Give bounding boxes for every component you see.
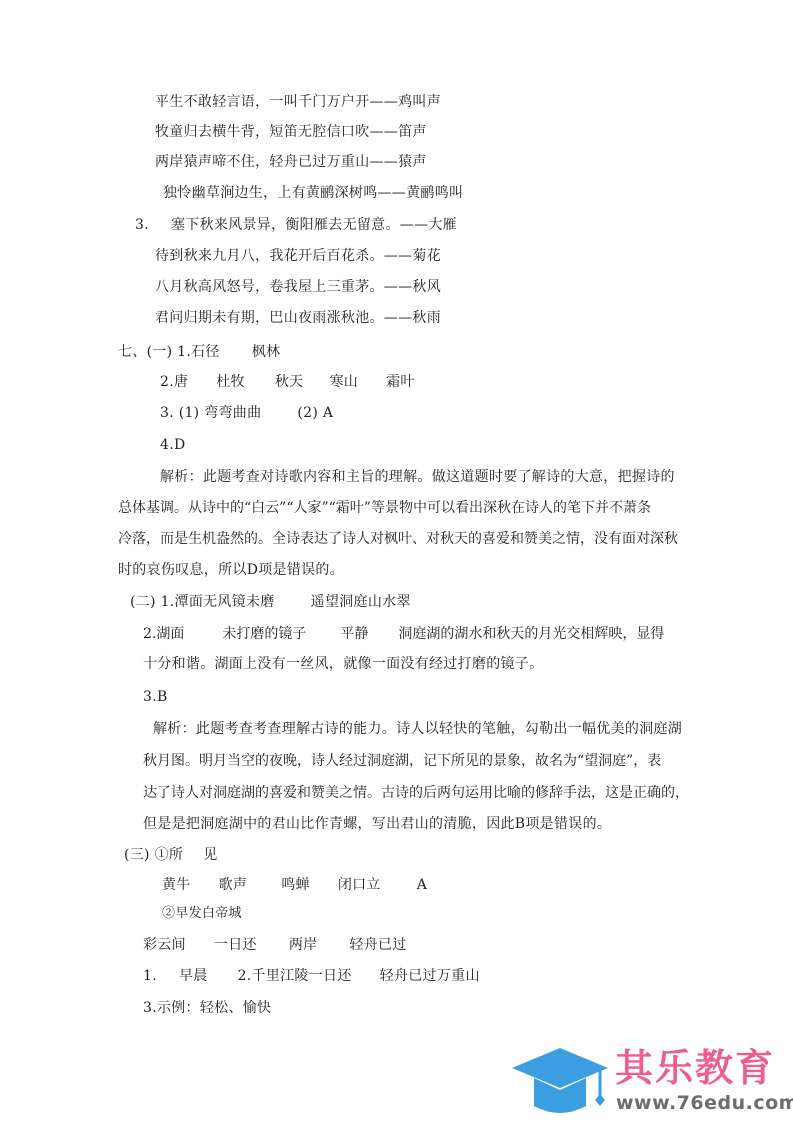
answer-text: 彩云间 [143, 937, 186, 953]
answer-text: 见 [203, 847, 217, 863]
answer-text: 两岸 [289, 937, 318, 953]
text-line: 十分和谐。湖面上没有一丝风，就像一面没有经过打磨的镜子。 [143, 654, 543, 674]
analysis-text: 解析：此题考查对诗歌内容和主旨的理解。做这道题时要了解诗的大意，把握诗的 [160, 467, 675, 487]
answer-text: 一日还 [214, 937, 257, 953]
answer-text: 平静 [340, 626, 368, 642]
answer-text: 2.千里江陵一日还 [238, 968, 352, 984]
text-line: 3. (1) 弯弯曲曲(2) A [160, 403, 333, 423]
answer-text: 遥望洞庭山水翠 [311, 594, 411, 610]
text-line: 两岸猿声啼不住，轻舟已过万重山——猿声 [155, 152, 427, 172]
answer-text: 轻舟已过 [349, 937, 406, 953]
analysis-text: 达了诗人对洞庭湖的喜爱和赞美之情。古诗的后两句运用比喻的修辞手法，这是正确的， [143, 783, 689, 803]
answer-text: 洞庭湖的湖水和秋天的月光交相辉映，显得 [398, 626, 664, 642]
line-text: 解析：此题考查对诗歌内容和主旨的理解。做这道题时要了解诗的大意，把握诗的 [160, 469, 675, 485]
text-line: 八月秋高风怒号，卷我屋上三重茅。——秋风 [155, 277, 441, 297]
item-number: 3. [135, 217, 149, 233]
answer-text: 3.B [143, 689, 168, 705]
answer-text: 3. (1) 弯弯曲曲 [160, 405, 261, 421]
answer-text: 歌声 [219, 877, 248, 893]
analysis-text: 但是是把洞庭湖中的君山比作青螺，写出君山的清脆，因此B项是错误的。 [143, 814, 611, 834]
text-line: 彩云间一日还两岸轻舟已过 [143, 935, 407, 955]
watermark-logo: 其乐教育 www.76edu.com [510, 1040, 790, 1120]
line-text: 解析：此题考查考查理解古诗的能力。诗人以轻快的笔触，勾勒出一幅优美的洞庭湖 [153, 721, 682, 737]
answer-text: 未打磨的镜子 [222, 626, 306, 642]
line-text: 平生不敢轻言语，一叫千门万户开——鸡叫声 [155, 94, 441, 110]
line-text: 秋月图。明月当空的夜晚，诗人经过洞庭湖，记下所见的景象，故名为“望洞庭”，表 [143, 753, 661, 769]
answer-text: 2.湖面 [143, 626, 184, 642]
answer-text: (2) A [297, 405, 333, 421]
analysis-text: 冷落，而是生机盎然的。全诗表达了诗人对枫叶、对秋天的喜爱和赞美之情，没有面对深秋 [118, 529, 678, 549]
answer-text: 闭口立 [338, 877, 381, 893]
answer-text: (三) ①所 [124, 847, 183, 863]
text-line: 1.早晨2.千里江陵一日还轻舟已过万重山 [143, 966, 480, 986]
item-number: 1. [143, 968, 157, 984]
line-text: 冷落，而是生机盎然的。全诗表达了诗人对枫叶、对秋天的喜爱和赞美之情，没有面对深秋 [118, 531, 678, 547]
line-text: 牧童归去横牛背，短笛无腔信口吹——笛声 [155, 124, 427, 140]
line-text: 八月秋高风怒号，卷我屋上三重茅。——秋风 [155, 279, 441, 295]
watermark-url: www.76edu.com [616, 1092, 793, 1114]
line-text: 但是是把洞庭湖中的君山比作青螺，写出君山的清脆，因此B项是错误的。 [143, 816, 611, 832]
answer-text: 寒山 [329, 374, 358, 390]
text-line: 3.B [143, 687, 168, 707]
watermark-title: 其乐教育 [615, 1046, 775, 1090]
line-text: 达了诗人对洞庭湖的喜爱和赞美之情。古诗的后两句运用比喻的修辞手法，这是正确的， [143, 785, 689, 801]
text-line: 4.D [160, 435, 185, 455]
answer-text: 黄牛 [162, 877, 191, 893]
text-line: 3.塞下秋来风景异，衡阳雁去无留意。——大雁 [135, 215, 457, 235]
section-heading: (二) 1.潭面无风镜未磨遥望洞庭山水翠 [130, 592, 411, 612]
graduation-cap-icon [510, 1048, 610, 1118]
section-heading: 七、(一) 1.石径枫林 [118, 342, 280, 362]
answer-text: 3.示例：轻松、愉快 [143, 1000, 271, 1016]
answer-text: 霜叶 [386, 374, 415, 390]
text-line: 平生不敢轻言语，一叫千门万户开——鸡叫声 [155, 92, 441, 112]
line-text: 独怜幽草涧边生，上有黄鹂深树鸣——黄鹂鸣叫 [163, 185, 463, 201]
line-text: 七、(一) 1.石径 [118, 344, 220, 360]
line-text: 待到秋来九月八，我花开后百花杀。——菊花 [155, 248, 441, 264]
answer-text: 秋天 [275, 374, 304, 390]
answer-text: 2.唐 [160, 374, 188, 390]
text-line: 2.唐杜牧秋天寒山霜叶 [160, 372, 415, 392]
answer-text: 4.D [160, 437, 185, 453]
text-line: 牧童归去横牛背，短笛无腔信口吹——笛声 [155, 122, 427, 142]
section-heading: (三) ①所见 [124, 845, 218, 865]
line-text: 两岸猿声啼不住，轻舟已过万重山——猿声 [155, 154, 427, 170]
line-text: 总体基调。从诗中的“白云”“人家”“霜叶”等景物中可以看出深秋在诗人的笔下并不萧… [118, 500, 651, 516]
answer-text: 枫林 [252, 344, 281, 360]
line-text: 时的哀伤叹息，所以D项是错误的。 [118, 562, 344, 578]
answer-text: 鸣蝉 [281, 877, 310, 893]
text-line: 待到秋来九月八，我花开后百花杀。——菊花 [155, 246, 441, 266]
analysis-text: 时的哀伤叹息，所以D项是错误的。 [118, 560, 344, 580]
answer-text: 早晨 [179, 968, 208, 984]
text-line: 君问归期未有期，巴山夜雨涨秋池。——秋雨 [155, 308, 441, 328]
line-text: 君问归期未有期，巴山夜雨涨秋池。——秋雨 [155, 310, 441, 326]
text-line: 独怜幽草涧边生，上有黄鹂深树鸣——黄鹂鸣叫 [163, 183, 463, 203]
answer-text: 杜牧 [216, 374, 245, 390]
answer-text: (二) 1.潭面无风镜未磨 [130, 594, 275, 610]
analysis-text: 总体基调。从诗中的“白云”“人家”“霜叶”等景物中可以看出深秋在诗人的笔下并不萧… [118, 498, 651, 518]
analysis-text: 秋月图。明月当空的夜晚，诗人经过洞庭湖，记下所见的景象，故名为“望洞庭”，表 [143, 751, 661, 771]
text-line: ②早发白帝城 [162, 904, 242, 924]
text-line: 3.示例：轻松、愉快 [143, 998, 271, 1018]
answer-text: A [417, 877, 427, 893]
line-text: 十分和谐。湖面上没有一丝风，就像一面没有经过打磨的镜子。 [143, 656, 543, 672]
poem-title: ②早发白帝城 [162, 906, 242, 921]
analysis-text: 解析：此题考查考查理解古诗的能力。诗人以轻快的笔触，勾勒出一幅优美的洞庭湖 [153, 719, 682, 739]
line-text: 塞下秋来风景异，衡阳雁去无留意。——大雁 [171, 217, 457, 233]
text-line: 黄牛歌声鸣蝉闭口立A [162, 875, 427, 895]
answer-text: 轻舟已过万重山 [380, 968, 480, 984]
text-line: 2.湖面未打磨的镜子平静洞庭湖的湖水和秋天的月光交相辉映，显得 [143, 624, 664, 644]
